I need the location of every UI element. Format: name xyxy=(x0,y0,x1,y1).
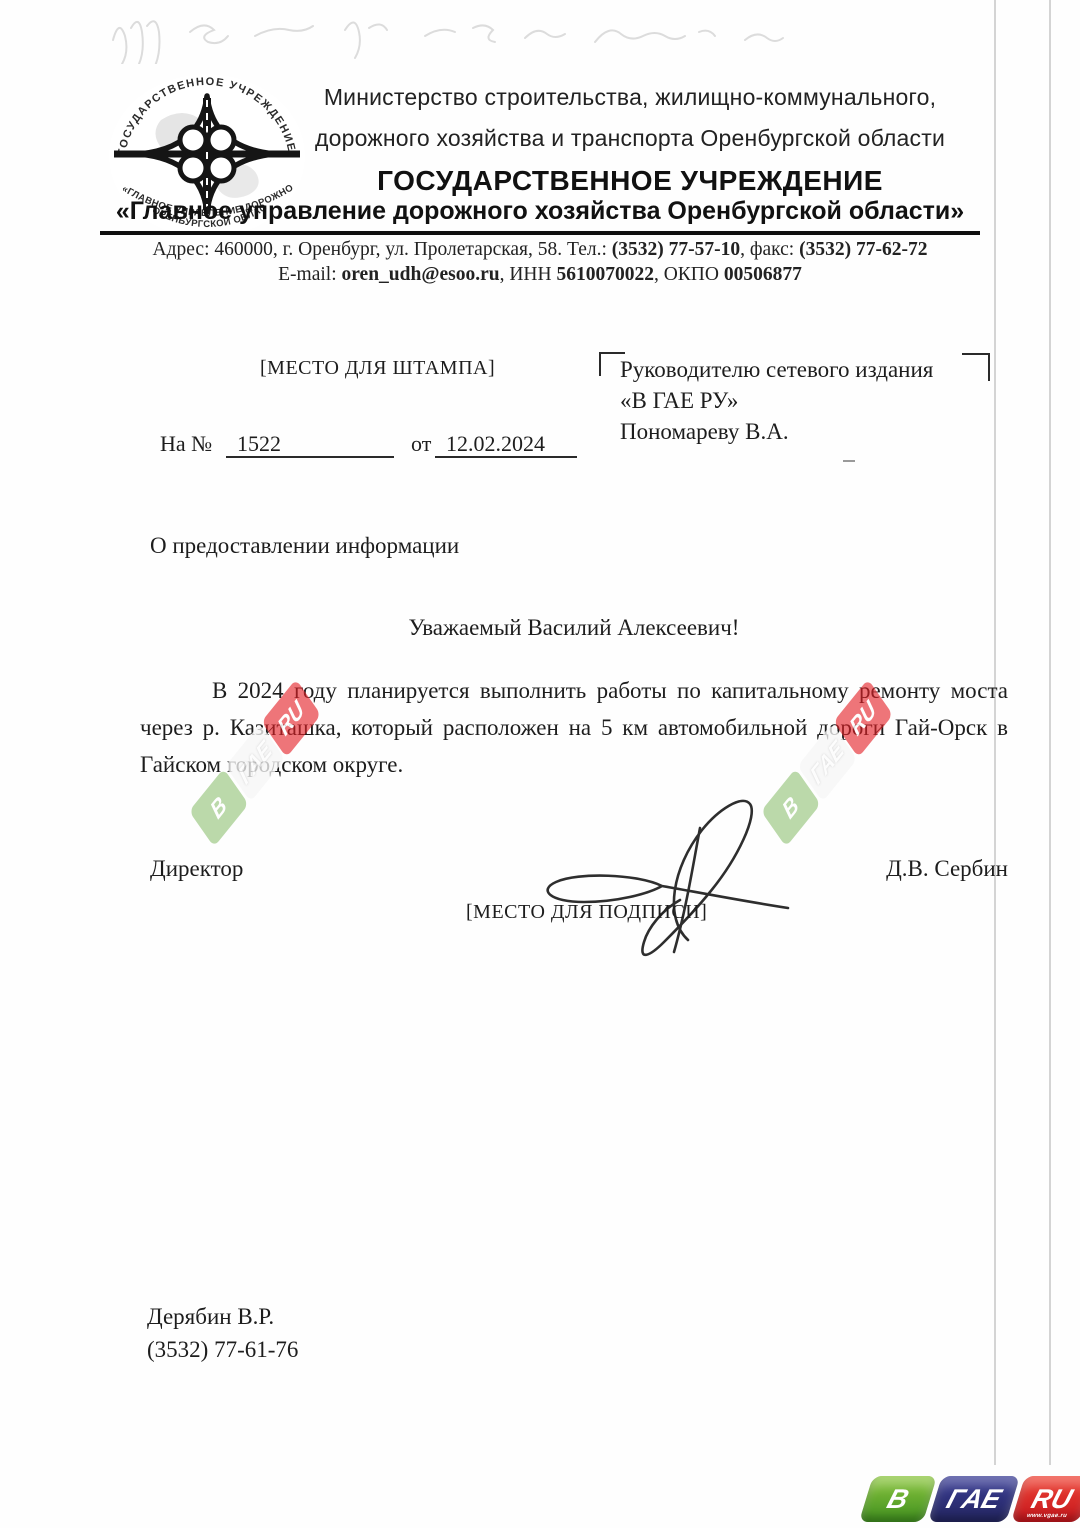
recipient-organization: «В ГАЕ РУ» xyxy=(620,385,980,416)
address-text: Адрес: 460000, г. Оренбург, ул. Пролетар… xyxy=(153,239,612,260)
okpo-label: , ОКПО xyxy=(654,264,724,285)
organization-type: ГОСУДАРСТВЕННОЕ УЧРЕЖДЕНИЕ xyxy=(305,165,955,197)
ministry-line-2: дорожного хозяйства и транспорта Оренбур… xyxy=(305,125,955,152)
letterhead: Министерство строительства, жилищно-комм… xyxy=(305,0,955,197)
recipient-person: Пономареву В.А. xyxy=(620,416,980,447)
reference-ot-label: от xyxy=(411,431,431,457)
logo-site-url: www.vgae.ru xyxy=(1012,1513,1080,1519)
reference-na-label: На № xyxy=(160,431,212,457)
email-line: E-mail: oren_udh@esoo.ru, ИНН 5610070022… xyxy=(100,264,980,286)
inn-label: , ИНН xyxy=(500,264,557,285)
stamp-placeholder: [МЕСТО ДЛЯ ШТАМПА] xyxy=(260,357,495,380)
logo-badge-v: В xyxy=(859,1476,937,1522)
incoming-number: 1522 xyxy=(237,431,281,457)
scan-line-artifact xyxy=(1049,0,1051,1465)
organization-name: «Главное управление дорожного хозяйства … xyxy=(104,197,976,226)
salutation: Уважаемый Василий Алексеевич! xyxy=(140,615,1008,641)
number-underline xyxy=(226,456,394,458)
signer-name: Д.В. Сербин xyxy=(850,856,1008,882)
executor-block: Дерябин В.Р. (3532) 77-61-76 xyxy=(147,1300,298,1366)
inn-number: 5610070022 xyxy=(556,264,654,285)
executor-name: Дерябин В.Р. xyxy=(147,1300,298,1333)
incoming-date: 12.02.2024 xyxy=(446,431,545,457)
okpo-number: 00506877 xyxy=(724,264,802,285)
logo-badge-ru: RU www.vgae.ru xyxy=(1011,1476,1080,1522)
recipient-block: Руководителю сетевого издания «В ГАЕ РУ»… xyxy=(620,354,980,447)
scanned-letter-page: ГОСУДАРСТВЕННОЕ УЧРЕЖДЕНИЕ «ГЛАВНОЕ УПРА… xyxy=(0,0,1080,1528)
signature-placeholder: [МЕСТО ДЛЯ ПОДПИСИ] xyxy=(466,901,707,924)
letter-subject: О предоставлении информации xyxy=(150,533,459,559)
header-rule xyxy=(100,231,980,235)
executor-phone: (3532) 77-61-76 xyxy=(147,1333,298,1366)
date-underline xyxy=(435,456,577,458)
fax-label: , факс: xyxy=(740,239,799,260)
ministry-line-1: Министерство строительства, жилищно-комм… xyxy=(305,84,955,111)
logo-ru-text: RU xyxy=(1028,1484,1076,1515)
address-line: Адрес: 460000, г. Оренбург, ул. Пролетар… xyxy=(100,239,980,261)
email-label: E-mail: xyxy=(278,264,341,285)
logo-badge-gae: ГАЕ xyxy=(928,1476,1020,1522)
phone-number: (3532) 77-57-10 xyxy=(612,239,740,260)
signer-position: Директор xyxy=(150,856,243,882)
handwritten-signature xyxy=(450,790,810,960)
vgae-ru-logo: В ГАЕ RU www.vgae.ru xyxy=(866,1476,1080,1522)
recipient-title: Руководителю сетевого издания xyxy=(620,354,980,385)
email-address: oren_udh@esoo.ru xyxy=(341,264,499,285)
fax-number: (3532) 77-62-72 xyxy=(799,239,927,260)
scan-dash-artifact xyxy=(843,460,855,462)
